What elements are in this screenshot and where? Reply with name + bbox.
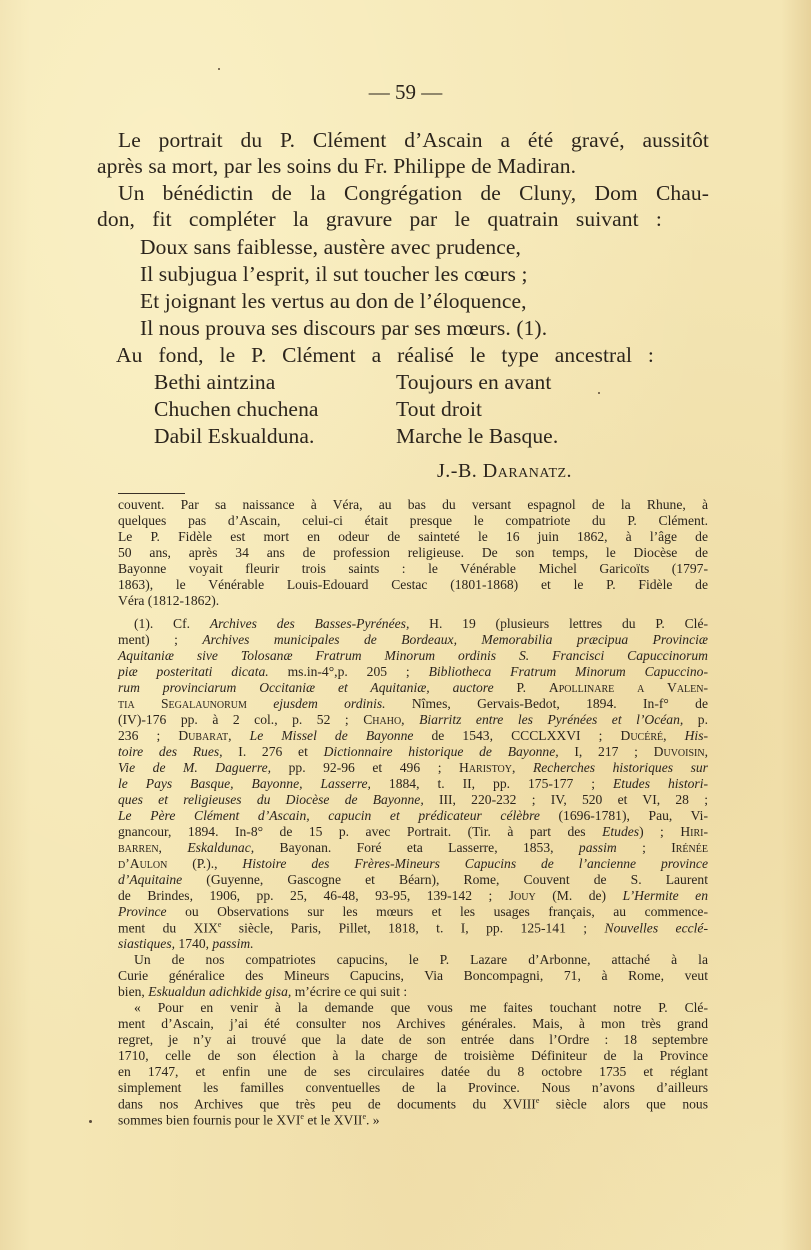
footnote-line: 50 ans, après 34 ans de profession relig… bbox=[118, 545, 708, 561]
footnote-line: quelques pas d’Ascain, celui-ci était pr… bbox=[118, 513, 708, 529]
document-page: { "page": { "number": "— 59 —" }, "body"… bbox=[0, 0, 811, 1250]
footnote-line: d’Aquitaine (Guyenne, Gascogne et Béarn)… bbox=[118, 872, 708, 888]
footnote-line: couvent. Par sa naissance à Véra, au bas… bbox=[118, 497, 708, 513]
motto-basque-line: Bethi aintzina bbox=[154, 370, 275, 395]
footnote-line: barren, Eskaldunac, Bayonan. Foré eta La… bbox=[118, 840, 708, 856]
footnote-line: en 1747, et enfin une de ses circulaires… bbox=[118, 1064, 708, 1080]
signature: J.-B. Daranatz. bbox=[437, 460, 572, 483]
footnote-separator bbox=[118, 493, 185, 494]
footnote-line: ques et religieuses du Diocèse de Bayonn… bbox=[118, 792, 708, 808]
footnote-line: piæ posteritati dicata. ms.in-4°,p. 205 … bbox=[118, 664, 708, 680]
footnote-line: ment du XIXe siècle, Paris, Pillet, 1818… bbox=[118, 920, 708, 937]
footnote-line: Le Père Clément d’Ascain, capucin et pré… bbox=[118, 808, 708, 824]
footnote-line: Un de nos compatriotes capucins, le P. L… bbox=[134, 952, 708, 968]
quatrain-line: Il nous prouva ses discours par ses mœur… bbox=[140, 316, 547, 341]
footnote-line: tia Segalaunorum ejusdem ordinis. Nîmes,… bbox=[118, 696, 708, 712]
quatrain-line: Doux sans faiblesse, austère avec pruden… bbox=[140, 235, 521, 260]
footnote-line: de Brindes, 1906, pp. 25, 46-48, 93-95, … bbox=[118, 888, 708, 904]
footnote-line: Le P. Fidèle est mort en odeur de sainte… bbox=[118, 529, 708, 545]
quatrain-line: Il subjugua l’esprit, il sut toucher les… bbox=[140, 262, 528, 287]
body-text-line: Le portrait du P. Clément d’Ascain a été… bbox=[118, 128, 709, 153]
motto-french-line: Marche le Basque. bbox=[396, 424, 558, 449]
footnote-line: 1863), le Vénérable Louis-Edouard Cestac… bbox=[118, 577, 708, 593]
footnote-line: 1710, celle de son élection à la charge … bbox=[118, 1048, 708, 1064]
footnote-line: Bayonne voyait fleurir trois saints : le… bbox=[118, 561, 708, 577]
body-text-line: Un bénédictin de la Congrégation de Clun… bbox=[118, 181, 709, 206]
motto-basque-line: Dabil Eskualduna. bbox=[154, 424, 315, 449]
footnote-line: 236 ; Dubarat, Le Missel de Bayonne de 1… bbox=[118, 728, 708, 744]
page-number: — 59 — bbox=[0, 80, 811, 105]
footnote-line: (1). Cf. Archives des Basses-Pyrénées, H… bbox=[134, 616, 708, 632]
footnote-line: regret, je n’y ai trouvé que la date de … bbox=[118, 1032, 708, 1048]
footnote-line: Curie généralice des Mineurs Capucins, V… bbox=[118, 968, 708, 984]
footnote-line: Aquitaniæ sive Tolosanæ Fratrum Minorum … bbox=[118, 648, 708, 664]
footnote-line: d’Aulon (P.)., Histoire des Frères-Mineu… bbox=[118, 856, 708, 872]
quatrain-line: Et joignant les vertus au don de l’éloqu… bbox=[140, 289, 527, 314]
footnote-line: gnancour, 1894. In-8° de 15 p. avec Port… bbox=[118, 824, 708, 840]
footnote-line: rum provinciarum Occitaniæ et Aquitaniæ,… bbox=[118, 680, 708, 696]
body-text-line: après sa mort, par les soins du Fr. Phil… bbox=[97, 154, 576, 179]
footnote-line: dans nos Archives que très peu de docume… bbox=[118, 1096, 708, 1113]
footnote-line: le Pays Basque, Bayonne, Lasserre, 1884,… bbox=[118, 776, 708, 792]
footnote-line: Véra (1812-1862). bbox=[118, 593, 219, 609]
footnote-line: siastiques, 1740, passim. bbox=[118, 936, 254, 952]
footnote-line: ment) ; Archives municipales de Bordeaux… bbox=[118, 632, 708, 648]
footnote-line: Vie de M. Daguerre, pp. 92-96 et 496 ; H… bbox=[118, 760, 708, 776]
motto-french-line: Toujours en avant bbox=[396, 370, 551, 395]
paper-speck bbox=[598, 392, 600, 394]
footnote-line: ment d’Ascain, j’ai été consulter nos Ar… bbox=[118, 1016, 708, 1032]
footnote-line: « Pour en venir à la demande que vous me… bbox=[134, 1000, 708, 1016]
body-text-line: don, fit compléter la gravure par le qua… bbox=[97, 207, 662, 232]
footnote-line: Province ou Observations sur les mœurs e… bbox=[118, 904, 708, 920]
paper-speck bbox=[218, 68, 220, 70]
footnote-line: simplement les familles conventuelles de… bbox=[118, 1080, 708, 1096]
footnote-line: (IV)-176 pp. à 2 col., p. 52 ; Chaho, Bi… bbox=[118, 712, 708, 728]
body-text-line: Au fond, le P. Clément a réalisé le type… bbox=[116, 343, 654, 368]
motto-french-line: Tout droit bbox=[396, 397, 482, 422]
footnote-line: toire des Rues, I. 276 et Dictionnaire h… bbox=[118, 744, 708, 760]
motto-basque-line: Chuchen chuchena bbox=[154, 397, 319, 422]
paper-speck bbox=[89, 1120, 92, 1123]
footnote-line: bien, Eskualdun adichkide gisa, m’écrire… bbox=[118, 984, 407, 1000]
footnote-line: sommes bien fournis pour le XVIe et le X… bbox=[118, 1112, 380, 1129]
